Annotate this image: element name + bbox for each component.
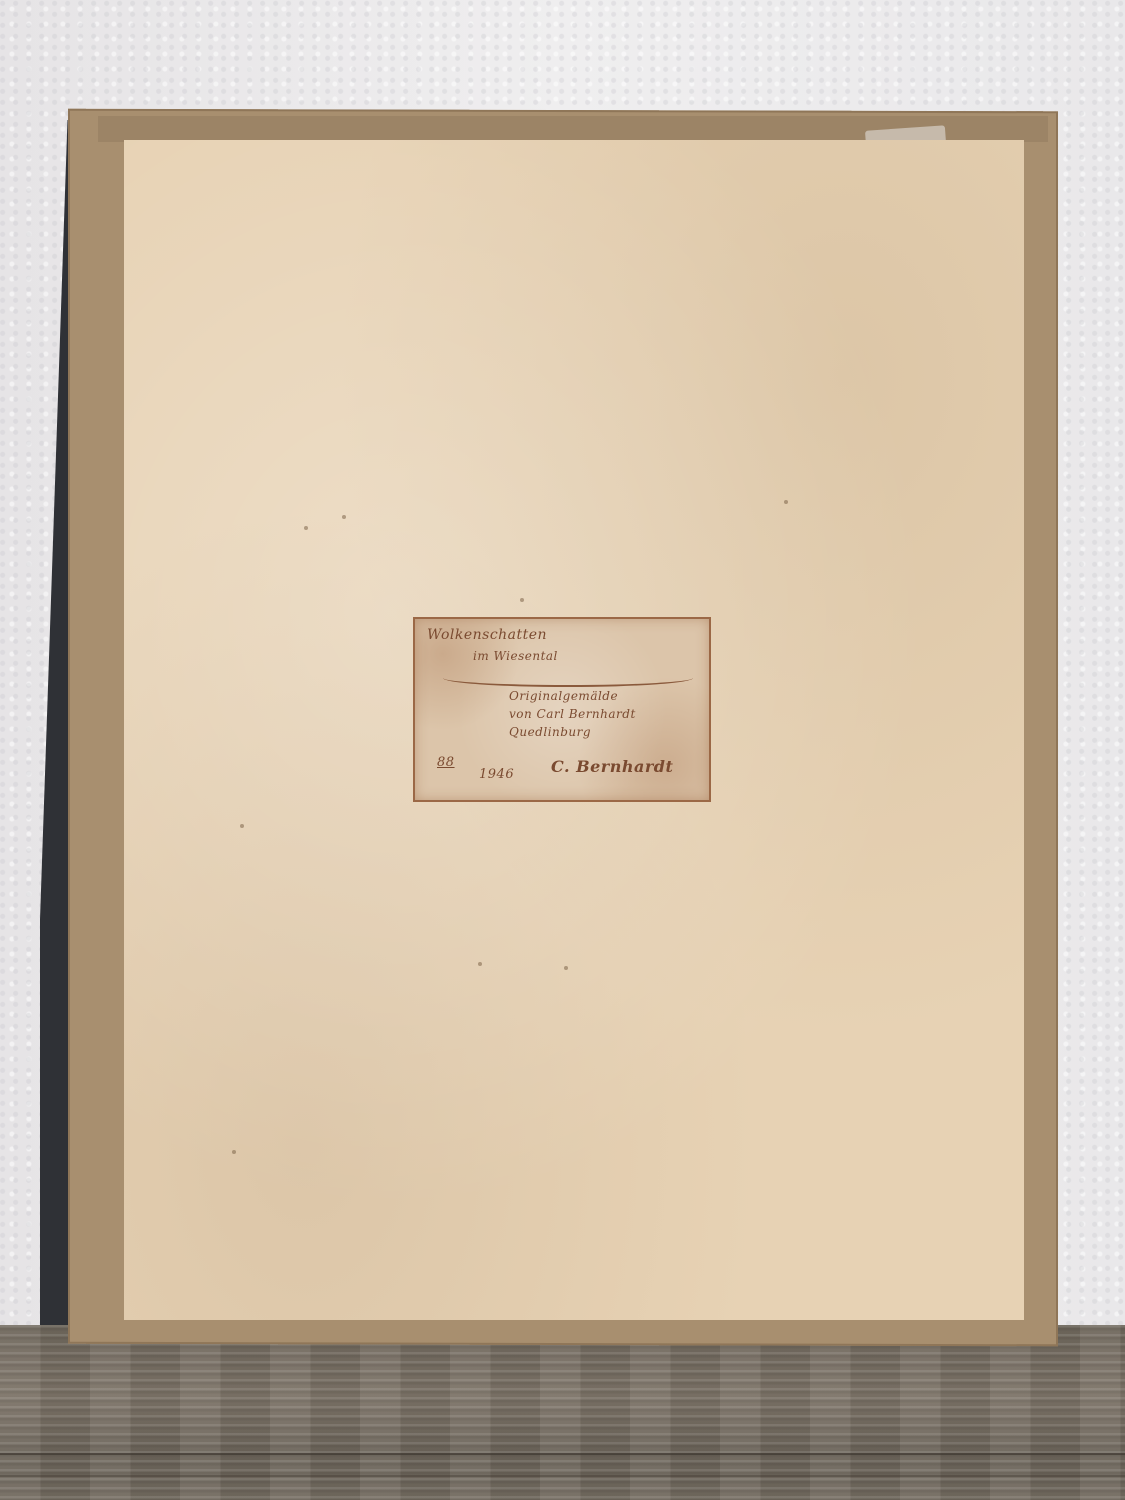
artist-signature: C. Bernhardt bbox=[551, 757, 673, 776]
wood-grain-line bbox=[0, 1475, 1125, 1477]
stain-speck bbox=[240, 824, 244, 828]
label-line-artist: von Carl Bernhardt bbox=[509, 707, 636, 721]
label-title-line-1: Wolkenschatten bbox=[427, 627, 547, 643]
label-number: 88 bbox=[437, 755, 455, 770]
label-year: 1946 bbox=[479, 767, 514, 782]
wood-grain-line bbox=[0, 1453, 1125, 1455]
stain-speck bbox=[304, 526, 308, 530]
stain-speck bbox=[478, 962, 482, 966]
stain-speck bbox=[784, 500, 788, 504]
stain-speck bbox=[232, 1150, 236, 1154]
stain-speck bbox=[342, 515, 346, 519]
photo-scene: Wolkenschatten im Wiesental Originalgemä… bbox=[0, 0, 1125, 1500]
label-line-place: Quedlinburg bbox=[509, 725, 591, 739]
handwritten-label: Wolkenschatten im Wiesental Originalgemä… bbox=[413, 617, 711, 802]
label-line-original: Originalgemälde bbox=[509, 689, 618, 703]
label-title-line-2: im Wiesental bbox=[473, 649, 558, 663]
stain-speck bbox=[564, 966, 568, 970]
wooden-shelf bbox=[0, 1325, 1125, 1500]
underline-flourish bbox=[443, 669, 693, 687]
stain-speck bbox=[520, 598, 524, 602]
